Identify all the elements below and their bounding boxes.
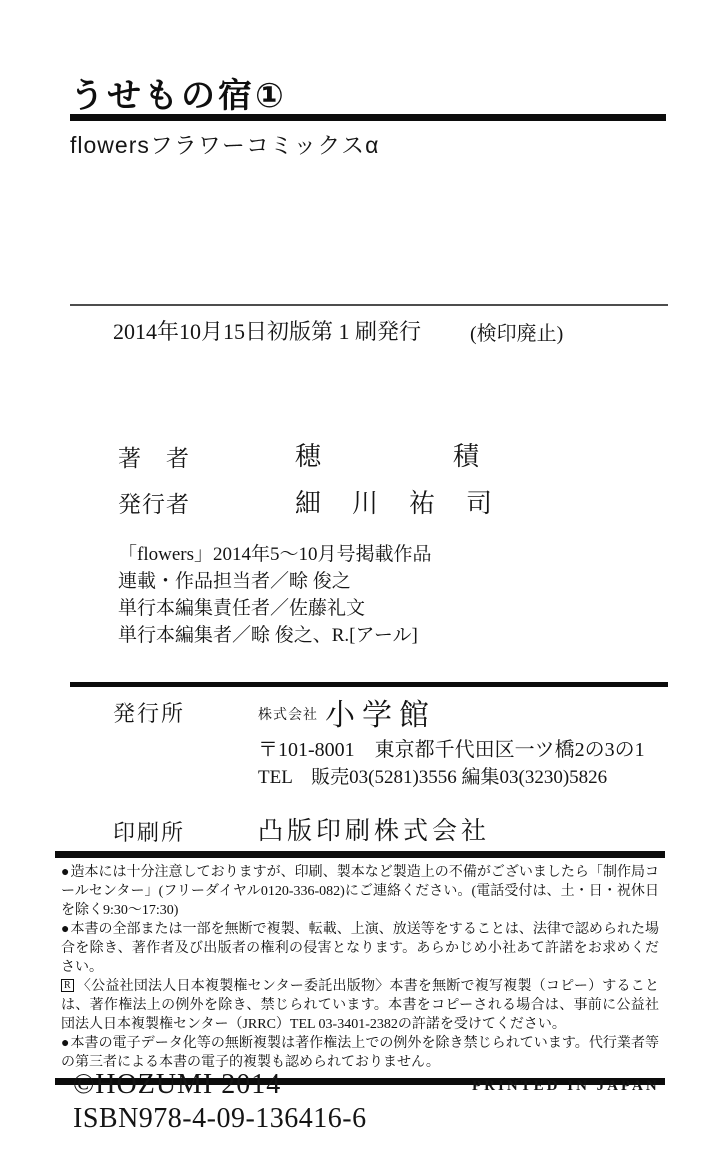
copyright-line: ©HOZUMI 2014 <box>73 1069 281 1101</box>
notice-paragraph: ●本書の全部または一部を無断で複製、転載、上演、放送等をすることは、法律で認めら… <box>61 920 659 977</box>
publishing-house-label: 発行所 <box>113 697 185 728</box>
printer-label: 印刷所 <box>113 816 185 847</box>
printed-in-japan: PRINTED IN JAPAN <box>472 1078 660 1095</box>
notice-text: 本書の全部または一部を無断で複製、転載、上演、放送等をすることは、法律で認められ… <box>61 922 659 975</box>
edition-print-line: 2014年10月15日初版第 1 刷発行 <box>113 315 421 346</box>
notice-text: 〈公益社団法人日本複製権センター委託出版物〉本書を無断で複写複製（コピー）するこ… <box>61 979 659 1032</box>
publisher-section-rule <box>70 682 668 687</box>
inspection-note: (検印廃止) <box>470 317 563 346</box>
serialization-block: 「flowers」2014年5～10月号掲載作品 連載・作品担当者／畭 俊之 単… <box>118 541 431 649</box>
bullet-marker: ● <box>61 865 69 880</box>
company-name: 小学館 <box>325 699 436 732</box>
author-label: 著 者 <box>118 440 190 473</box>
series-imprint: flowersフラワーコミックスα <box>70 127 379 160</box>
author-name: 穂積 <box>295 436 611 473</box>
notice-paragraph: ●本書の電子データ化等の無断複製は著作権法上での例外を除き禁じられています。代行… <box>61 1034 659 1072</box>
serialization-line: 単行本編集者／畭 俊之、R.[アール] <box>118 622 431 649</box>
page-title: うせもの宿① <box>70 68 287 117</box>
publishing-house-company: 株式会社小学館 <box>258 690 436 734</box>
legal-notice-box: ●造本には十分注意しておりますが、印刷、製本など製造上の不備がございましたら「制… <box>55 851 665 1085</box>
edition-rule <box>70 304 668 306</box>
serialization-line: 「flowers」2014年5～10月号掲載作品 <box>118 541 431 568</box>
notice-paragraph: ●造本には十分注意しておりますが、印刷、製本など製造上の不備がございましたら「制… <box>61 863 659 920</box>
publisher-address: 〒101-8001 東京都千代田区一ツ橋2の3の1 <box>258 733 645 762</box>
notice-paragraph: R〈公益社団法人日本複製権センター委託出版物〉本書を無断で複写複製（コピー）する… <box>61 977 659 1034</box>
bullet-marker: ● <box>61 922 69 937</box>
title-rule <box>70 114 666 121</box>
serialization-line: 連載・作品担当者／畭 俊之 <box>118 568 431 595</box>
boxed-r-marker: R <box>61 979 74 992</box>
notice-text: 本書の電子データ化等の無断複製は著作権法上での例外を除き禁じられています。代行業… <box>61 1036 659 1070</box>
notice-text: 造本には十分注意しておりますが、印刷、製本など製造上の不備がございましたら「制作… <box>61 865 659 918</box>
bullet-marker: ● <box>61 1036 70 1051</box>
company-prefix: 株式会社 <box>258 708 318 723</box>
publisher-label: 発行者 <box>118 486 190 519</box>
isbn-line: ISBN978-4-09-136416-6 <box>73 1103 367 1135</box>
publisher-phone: TEL 販売03(5281)3556 編集03(3230)5826 <box>258 762 607 789</box>
colophon-page: うせもの宿① flowersフラワーコミックスα 2014年10月15日初版第 … <box>0 0 720 1174</box>
publisher-name: 細川祐司 <box>295 483 523 520</box>
serialization-line: 単行本編集責任者／佐藤礼文 <box>118 595 431 622</box>
printer-name: 凸版印刷株式会社 <box>258 811 490 847</box>
